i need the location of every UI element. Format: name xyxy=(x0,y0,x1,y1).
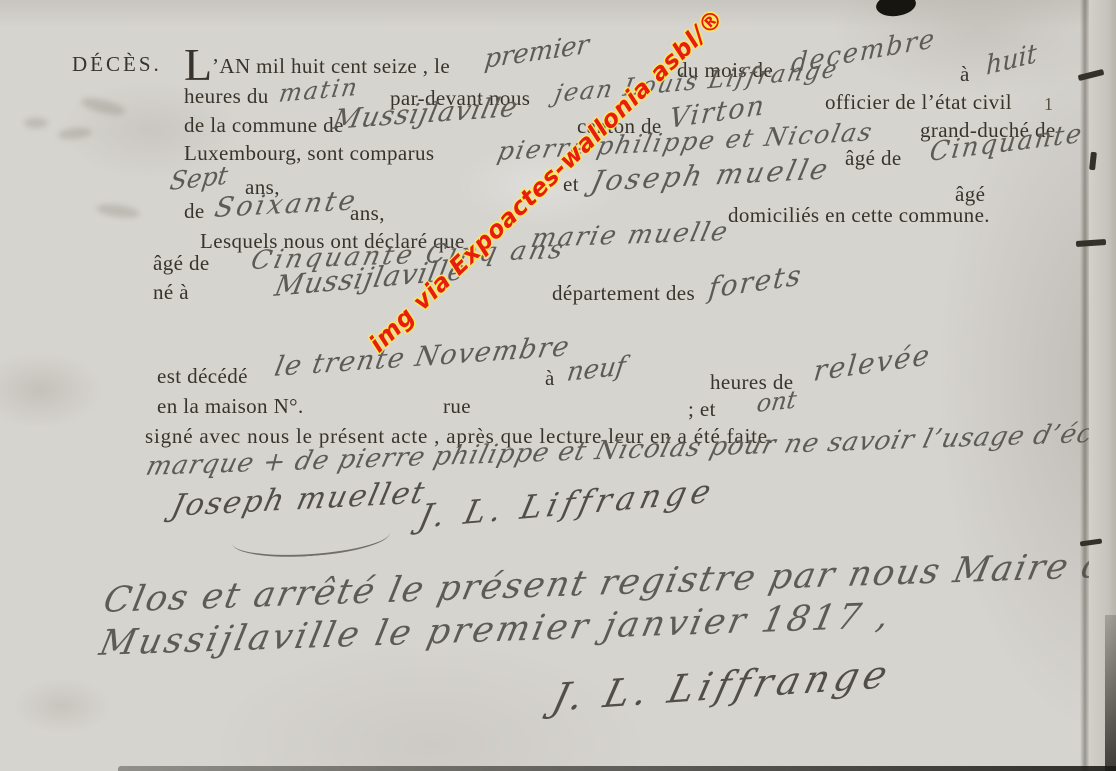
printed-line9-b: département des xyxy=(552,281,695,306)
printed-line11-c: ; et xyxy=(688,397,716,422)
entry-declarant2-age: Soixante xyxy=(212,185,361,224)
signature-flourish xyxy=(231,515,391,562)
entry-declarant1-age-units: Sept xyxy=(168,160,230,196)
printed-line8-a: âgé de xyxy=(153,251,210,276)
entry-act-day: premier xyxy=(483,30,590,75)
printed-line6-a: de xyxy=(184,199,205,224)
printed-line4-b: âgé de xyxy=(845,146,902,171)
printed-line1-c: à xyxy=(960,62,970,87)
entry-commune: Mussijlaville xyxy=(330,92,521,136)
ink-stain xyxy=(875,0,917,18)
entry-act-hour: huit xyxy=(986,38,1037,82)
bleed-through-smudge xyxy=(95,202,140,220)
signature-officer: J. L. Liffrange xyxy=(415,471,720,536)
printed-line9-a: né à xyxy=(153,280,189,305)
entry-department: forets xyxy=(707,258,804,305)
printed-line11-b: rue xyxy=(443,394,471,419)
printed-line10-b: à xyxy=(545,366,555,391)
bleed-through-smudge xyxy=(79,95,127,119)
printed-line2-a: heures du xyxy=(184,84,269,109)
printed-line3-a: de la commune de xyxy=(184,113,344,138)
signature-closing-officer: J. L. Liffrange xyxy=(548,651,897,720)
entry-ont: ont xyxy=(755,385,798,418)
bleed-through-smudge xyxy=(24,118,48,128)
entry-death-daypart: relevée xyxy=(812,338,933,388)
entry-death-date: le trente Novembre xyxy=(272,331,573,383)
page-edge-mark: 1 xyxy=(1044,94,1053,115)
page-right-edge xyxy=(1105,615,1116,771)
page-bottom-edge xyxy=(118,766,1116,771)
bleed-through-smudge xyxy=(58,126,93,140)
page-fold xyxy=(1080,0,1089,771)
printed-line6-c: domiciliés en cette commune. xyxy=(728,203,990,228)
printed-line11-a: en la maison N°. xyxy=(157,394,304,419)
printed-line2-c: officier de l’état civil xyxy=(825,90,1012,115)
entry-death-hour: neuf xyxy=(565,351,627,388)
deces-heading: DÉCÈS. xyxy=(72,52,162,77)
death-record-scan: DÉCÈS. L ’AN mil huit cent seize , le pr… xyxy=(0,0,1116,771)
printed-line6-b: ans, xyxy=(350,201,385,226)
printed-line10-a: est décédé xyxy=(157,364,248,389)
signature-declarant: Joseph muellet xyxy=(168,475,430,524)
